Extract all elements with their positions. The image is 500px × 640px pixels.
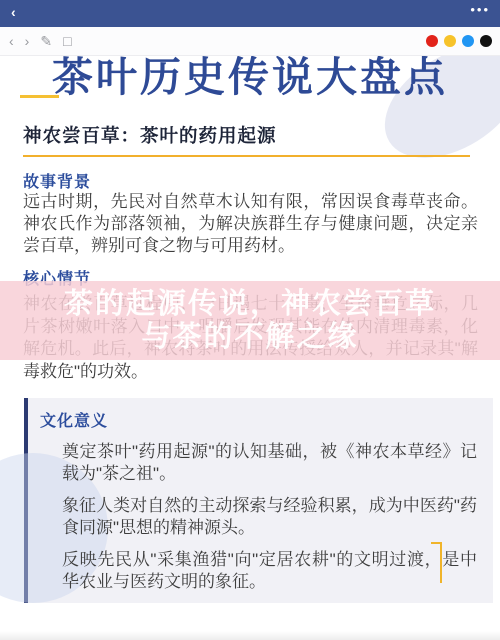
chevron-left-icon: ‹ <box>9 33 14 49</box>
culture-heading: 文化意义 <box>40 408 477 431</box>
culture-item: 奠定茶叶"药用起源"的认知基础，被《神农本草经》记载为"茶之祖"。 <box>40 441 477 484</box>
title-underline-accent <box>20 95 59 98</box>
color-swatch-black[interactable] <box>480 35 492 47</box>
more-button[interactable]: ••• <box>470 2 490 17</box>
pencil-tool-button[interactable]: ✎ <box>40 33 52 50</box>
chevron-left-icon: ‹ <box>11 4 16 20</box>
toolbar: ‹ › ✎ □ <box>0 27 500 56</box>
article-subtitle: 神农尝百草：茶叶的药用起源 <box>23 122 277 148</box>
watermark-line-1: 茶的起源传说，神农尝百草 <box>64 288 436 321</box>
color-swatch-red[interactable] <box>426 35 438 47</box>
nav-back-button[interactable]: ‹ <box>9 33 14 49</box>
shape-tool-button[interactable]: □ <box>63 33 71 49</box>
gold-divider <box>23 155 470 157</box>
color-swatch-blue[interactable] <box>462 35 474 47</box>
titlebar: ‹ ••• <box>0 0 500 27</box>
story-background-text: 远古时期，先民对自然草木认知有限，常因误食毒草丧命。神农氏作为部落领袖，为解决族… <box>23 191 478 257</box>
watermark-band: 茶的起源传说，神农尝百草 与茶的不解之缘 <box>0 281 500 360</box>
ellipsis-icon: ••• <box>470 2 490 17</box>
nav-forward-button[interactable]: › <box>25 33 30 49</box>
color-swatch-yellow[interactable] <box>444 35 456 47</box>
back-button[interactable]: ‹ <box>11 4 16 20</box>
toolbar-left-group: ‹ › ✎ □ <box>9 27 72 55</box>
square-icon: □ <box>63 33 71 49</box>
culture-item: 反映先民从"采集渔猎"向"定居农耕"的文明过渡，是中华农业与医药文明的象征。 <box>40 549 477 592</box>
story-background-heading: 故事背景 <box>23 169 91 192</box>
culture-box: 文化意义 奠定茶叶"药用起源"的认知基础，被《神农本草经》记载为"茶之祖"。 象… <box>24 398 493 603</box>
watermark-line-2: 与茶的不解之缘 <box>141 321 358 354</box>
text-cursor-mark <box>440 542 442 583</box>
color-swatch-group <box>426 27 492 55</box>
chevron-right-icon: › <box>25 33 30 49</box>
pencil-icon: ✎ <box>40 33 52 49</box>
app-window: ‹ ••• ‹ › ✎ □ 茶叶历史传说大盘点 神农尝百草：茶叶的药用起源 故事… <box>0 0 500 640</box>
culture-item: 象征人类对自然的主动探索与经验积累，成为中医药"药食同源"思想的精神源头。 <box>40 495 477 538</box>
bottom-edge-shadow <box>0 631 500 640</box>
